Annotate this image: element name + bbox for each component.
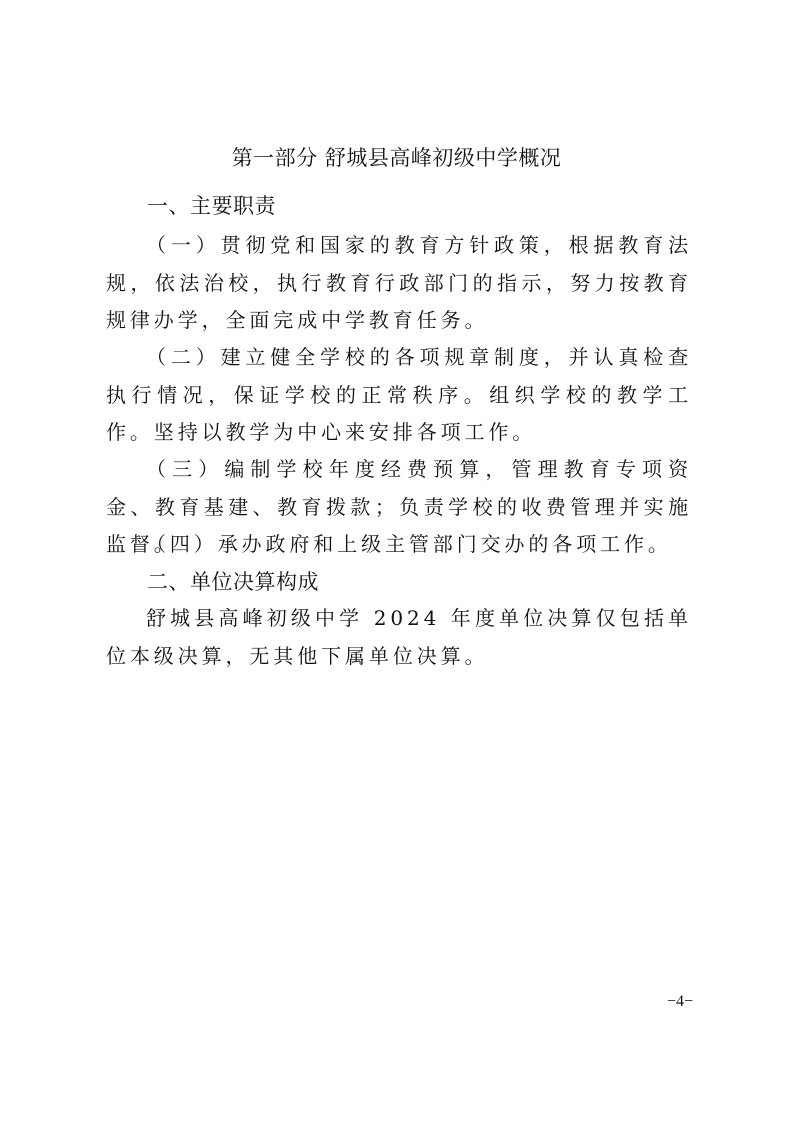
page-title: 第一部分 舒城县高峰初级中学概况 [0,142,793,174]
page-number: −4− [660,992,700,1012]
document-page: 第一部分 舒城县高峰初级中学概况 一、主要职责 （一）贯彻党和国家的教育方针政策… [0,0,793,1122]
paragraph-unit-composition: 舒城县高峰初级中学 2024 年度单位决算仅包括单位本级决算，无其他下属单位决算… [106,600,692,675]
section-heading-unit-composition: 二、单位决算构成 [147,566,319,598]
paragraph-duty-4: （四）承办政府和上级主管部门交办的各项工作。 [106,526,692,564]
paragraph-duty-1: （一）贯彻党和国家的教育方针政策，根据教育法规，依法治校，执行教育行政部门的指示… [106,227,692,340]
paragraph-duty-2: （二）建立健全学校的各项规章制度，并认真检查执行情况，保证学校的正常秩序。组织学… [106,339,692,452]
section-heading-main-duties: 一、主要职责 [147,190,276,222]
